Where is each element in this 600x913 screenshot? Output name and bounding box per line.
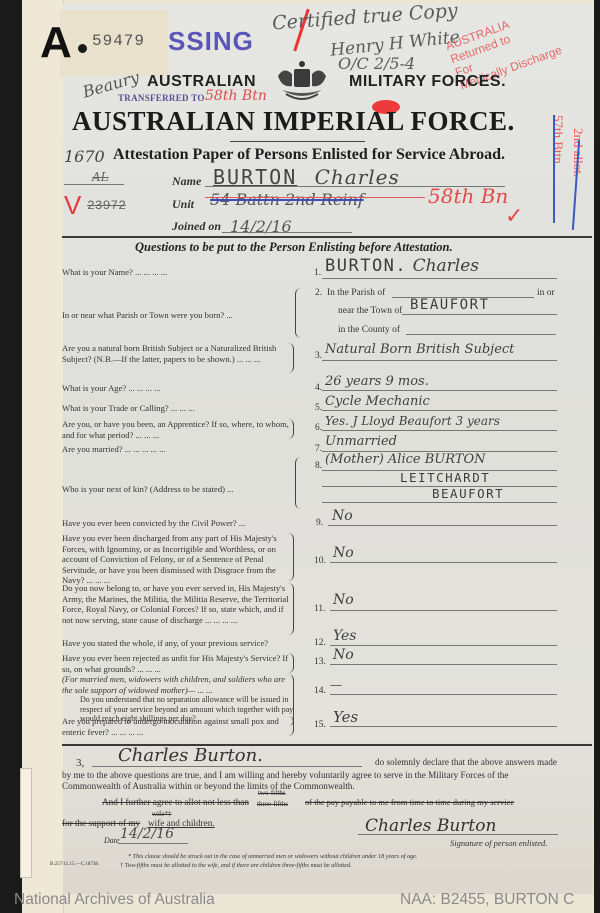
header-military-forces: MILITARY FORCES. [349, 73, 506, 91]
declaration-text-1: do solemnly declare that the above answe… [375, 757, 557, 767]
answer-line [322, 360, 557, 361]
answer-line [322, 278, 557, 279]
answer-14-num: 14. [314, 686, 326, 696]
coat-of-arms-icon [272, 58, 332, 104]
question-2: In or near what Parish or Town were you … [62, 310, 233, 321]
answer-11-num: 11. [314, 604, 326, 614]
question-1: What is your Name? ... ... ... ... [62, 267, 167, 278]
unit-new: 58th Bn [428, 184, 508, 208]
next-of-kin-line-2: LEITCHARDT [400, 470, 490, 485]
answer-10: No [333, 545, 354, 561]
town-line [402, 314, 557, 315]
brace [288, 419, 294, 439]
question-13: Have you ever been rejected as unfit for… [62, 653, 294, 674]
parish-suffix: in or [537, 288, 555, 298]
brace [295, 288, 301, 338]
question-11: Do you now belong to, or have you ever s… [62, 583, 294, 625]
question-8: Who is your next of kin? (Address to be … [62, 484, 234, 495]
answer-line [330, 726, 557, 727]
unit-strike-line [205, 197, 425, 198]
answer-11: No [333, 592, 354, 608]
side-blue-line [553, 115, 555, 223]
answer-5: Cycle Mechanic [325, 394, 430, 409]
question-12: Have you stated the whole, if any, of yo… [62, 638, 268, 649]
answer-4: 26 years 9 mos. [325, 374, 429, 389]
question-3: Are you a natural born British Subject o… [62, 343, 294, 364]
next-of-kin-line-3: BEAUFORT [432, 486, 504, 501]
county-label: in the County of [338, 325, 400, 335]
answer-line [330, 694, 557, 695]
answer-10-num: 10. [314, 556, 326, 566]
enlistee-signature: Charles Burton [365, 816, 496, 836]
missing-stamp: SSING [168, 26, 254, 57]
register-number: 59479 [92, 32, 145, 50]
answer-line [330, 645, 557, 646]
questions-heading: Questions to be put to the Person Enlist… [135, 240, 453, 255]
punch-hole [78, 44, 87, 53]
old-service-number: 23972 [87, 198, 126, 213]
town-label: near the Town of [338, 306, 402, 316]
red-v-mark: V [64, 190, 81, 221]
declaration-text-3: Commonwealth of Australia within or beyo… [62, 781, 355, 791]
divider [64, 184, 124, 185]
question-6: Are you, or have you been, an Apprentice… [62, 419, 294, 440]
parish-label: In the Parish of [327, 288, 385, 298]
form-number: 1670 [64, 147, 105, 166]
answer-3: Natural Born British Subject [325, 342, 514, 357]
allotment-fraction-top: two-fifths [258, 789, 286, 797]
name-label: Name [172, 174, 201, 189]
signature-caption: Signature of person enlisted. [450, 838, 547, 848]
town-value: BEAUFORT [410, 297, 489, 313]
title-rule [230, 141, 365, 142]
declarant-line [92, 766, 362, 767]
declaration-text-2: by me to the above questions are true, a… [62, 770, 508, 780]
brace [288, 583, 294, 635]
answer-13-num: 13. [314, 657, 326, 667]
print-code: B.257/11.15.—C.18738. [50, 862, 99, 867]
question-5: What is your Trade or Calling? ... ... .… [62, 403, 194, 414]
answer-line [330, 562, 557, 563]
answer-line [330, 664, 557, 665]
brace [288, 533, 294, 581]
footnote-1: * This clause should be struck out in th… [128, 853, 418, 860]
joined-date: 14/2/16 [230, 217, 292, 236]
answer-1: BURTON. Charles [325, 256, 479, 276]
unit-label: Unit [172, 197, 194, 212]
answer-7: Unmarried [325, 434, 397, 449]
question-10: Have you ever been discharged from any p… [62, 533, 294, 586]
allotment-struck-b: of the pay payable to me from time to ti… [305, 797, 514, 807]
form-subtitle: Attestation Paper of Persons Enlisted fo… [113, 146, 505, 164]
answer-15: Yes [333, 708, 358, 726]
answer-line [322, 390, 557, 391]
joined-line [222, 232, 352, 233]
answer-line [328, 525, 557, 526]
answer-1-num: 1. [314, 268, 321, 278]
answer-2-num: 2. [315, 288, 322, 298]
brace [288, 343, 294, 373]
answer-line [322, 410, 557, 411]
answer-12: Yes [333, 628, 357, 644]
answer-7-num: 7. [315, 444, 322, 454]
certifier-role: O/C 2/5-4 [338, 54, 415, 73]
series-letter: A [40, 18, 72, 68]
answer-13: No [333, 647, 354, 663]
county-line [406, 334, 556, 335]
joined-label: Joined on [172, 219, 221, 234]
footnote-2: † Two-fifths must be allotted to the wif… [120, 862, 352, 869]
question-14-condition: (For married men, widowers with children… [62, 674, 294, 695]
date-value: 14/2/16 [120, 826, 174, 842]
form-title: AUSTRALIAN IMPERIAL FORCE. [72, 106, 515, 137]
answer-15-num: 15. [314, 720, 326, 730]
brace [288, 653, 294, 673]
answer-line [322, 430, 557, 431]
struck-mark: AL [92, 170, 109, 184]
signature-line [358, 834, 558, 835]
answer-12-num: 12. [314, 638, 326, 648]
answer-line [330, 610, 557, 611]
allotment-struck-a: And I further agree to allot not less th… [102, 797, 249, 807]
transferred-stamp: TRANSFERRED TO [118, 93, 205, 103]
unit-original: 54 Battn 2nd Reinf [210, 190, 364, 209]
watermark-reference: NAA: B2455, BURTON C [400, 891, 574, 909]
watermark-archive: National Archives of Australia [14, 891, 215, 909]
question-7: Are you married? ... ... ... ... ... [62, 444, 166, 455]
brace [288, 716, 294, 736]
support-top: wife*† [152, 810, 171, 818]
answer-14: — [330, 678, 342, 692]
answer-5-num: 5. [315, 403, 322, 413]
question-4: What is your Age? ... ... ... ... [62, 383, 161, 394]
binding-tab [20, 768, 32, 878]
next-of-kin-line-1: (Mother) Alice BURTON [325, 452, 486, 467]
answer-line [322, 502, 557, 503]
allotment-fraction-bottom: three-fifths [257, 800, 288, 808]
answer-6: Yes. J Lloyd Beaufort 3 years [325, 414, 500, 428]
question-9: Have you ever been convicted by the Civi… [62, 518, 245, 529]
declaration-number: 3, [76, 757, 84, 769]
answer-6-num: 6. [315, 423, 322, 433]
question-15: Are you prepared to undergo inoculation … [62, 716, 294, 737]
date-line [118, 843, 188, 844]
transferred-unit: 58th Btn [205, 88, 267, 104]
answer-9: No [332, 508, 353, 524]
brace [295, 457, 301, 509]
answer-9-num: 9. [316, 518, 323, 528]
answer-4-num: 4. [315, 383, 322, 393]
red-check-mark: ✓ [505, 203, 523, 229]
section-rule [62, 236, 592, 238]
declarant-name: Charles Burton. [118, 745, 263, 766]
